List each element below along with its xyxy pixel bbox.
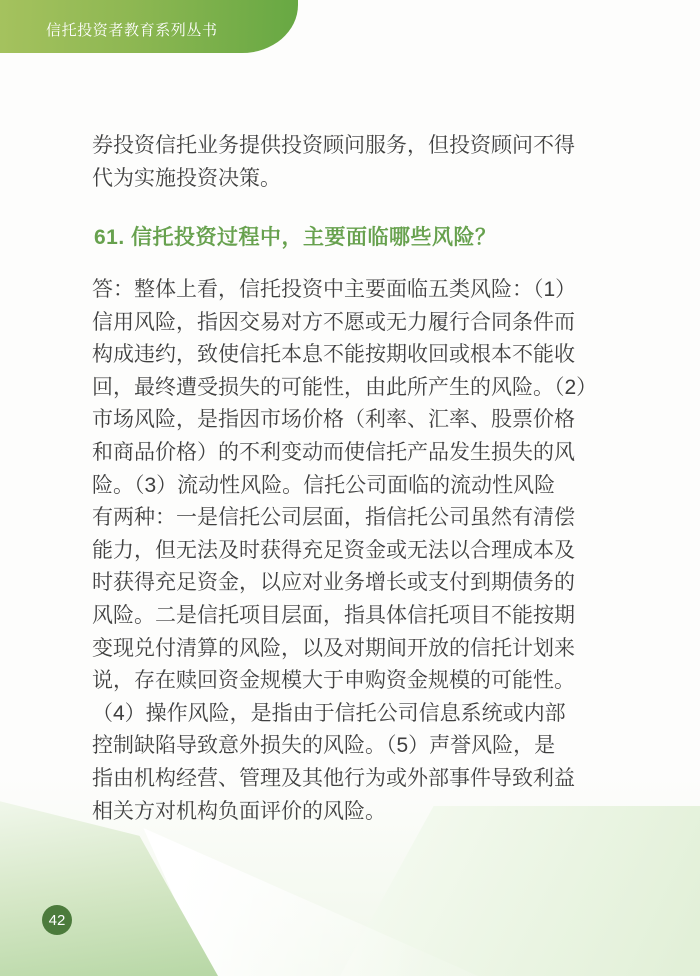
page-number-badge: 42 [42, 905, 72, 935]
page-number-text: 42 [49, 913, 66, 928]
deco-right-wedge [340, 806, 700, 976]
answer-paragraph: 答：整体上看，信托投资中主要面临五类风险：（1） 信用风险，指因交易对方不愿或无… [92, 274, 612, 828]
book-page: 信托投资者教育系列丛书 券投资信托业务提供投资顾问服务，但投资顾问不得 代为实施… [0, 0, 700, 976]
header-banner: 信托投资者教育系列丛书 [0, 0, 298, 53]
question-heading: 61. 信托投资过程中，主要面临哪些风险？ [94, 224, 497, 252]
deco-middle-wedge [133, 828, 478, 976]
series-title: 信托投资者教育系列丛书 [46, 19, 218, 40]
intro-paragraph: 券投资信托业务提供投资顾问服务，但投资顾问不得 代为实施投资决策。 [92, 129, 592, 195]
